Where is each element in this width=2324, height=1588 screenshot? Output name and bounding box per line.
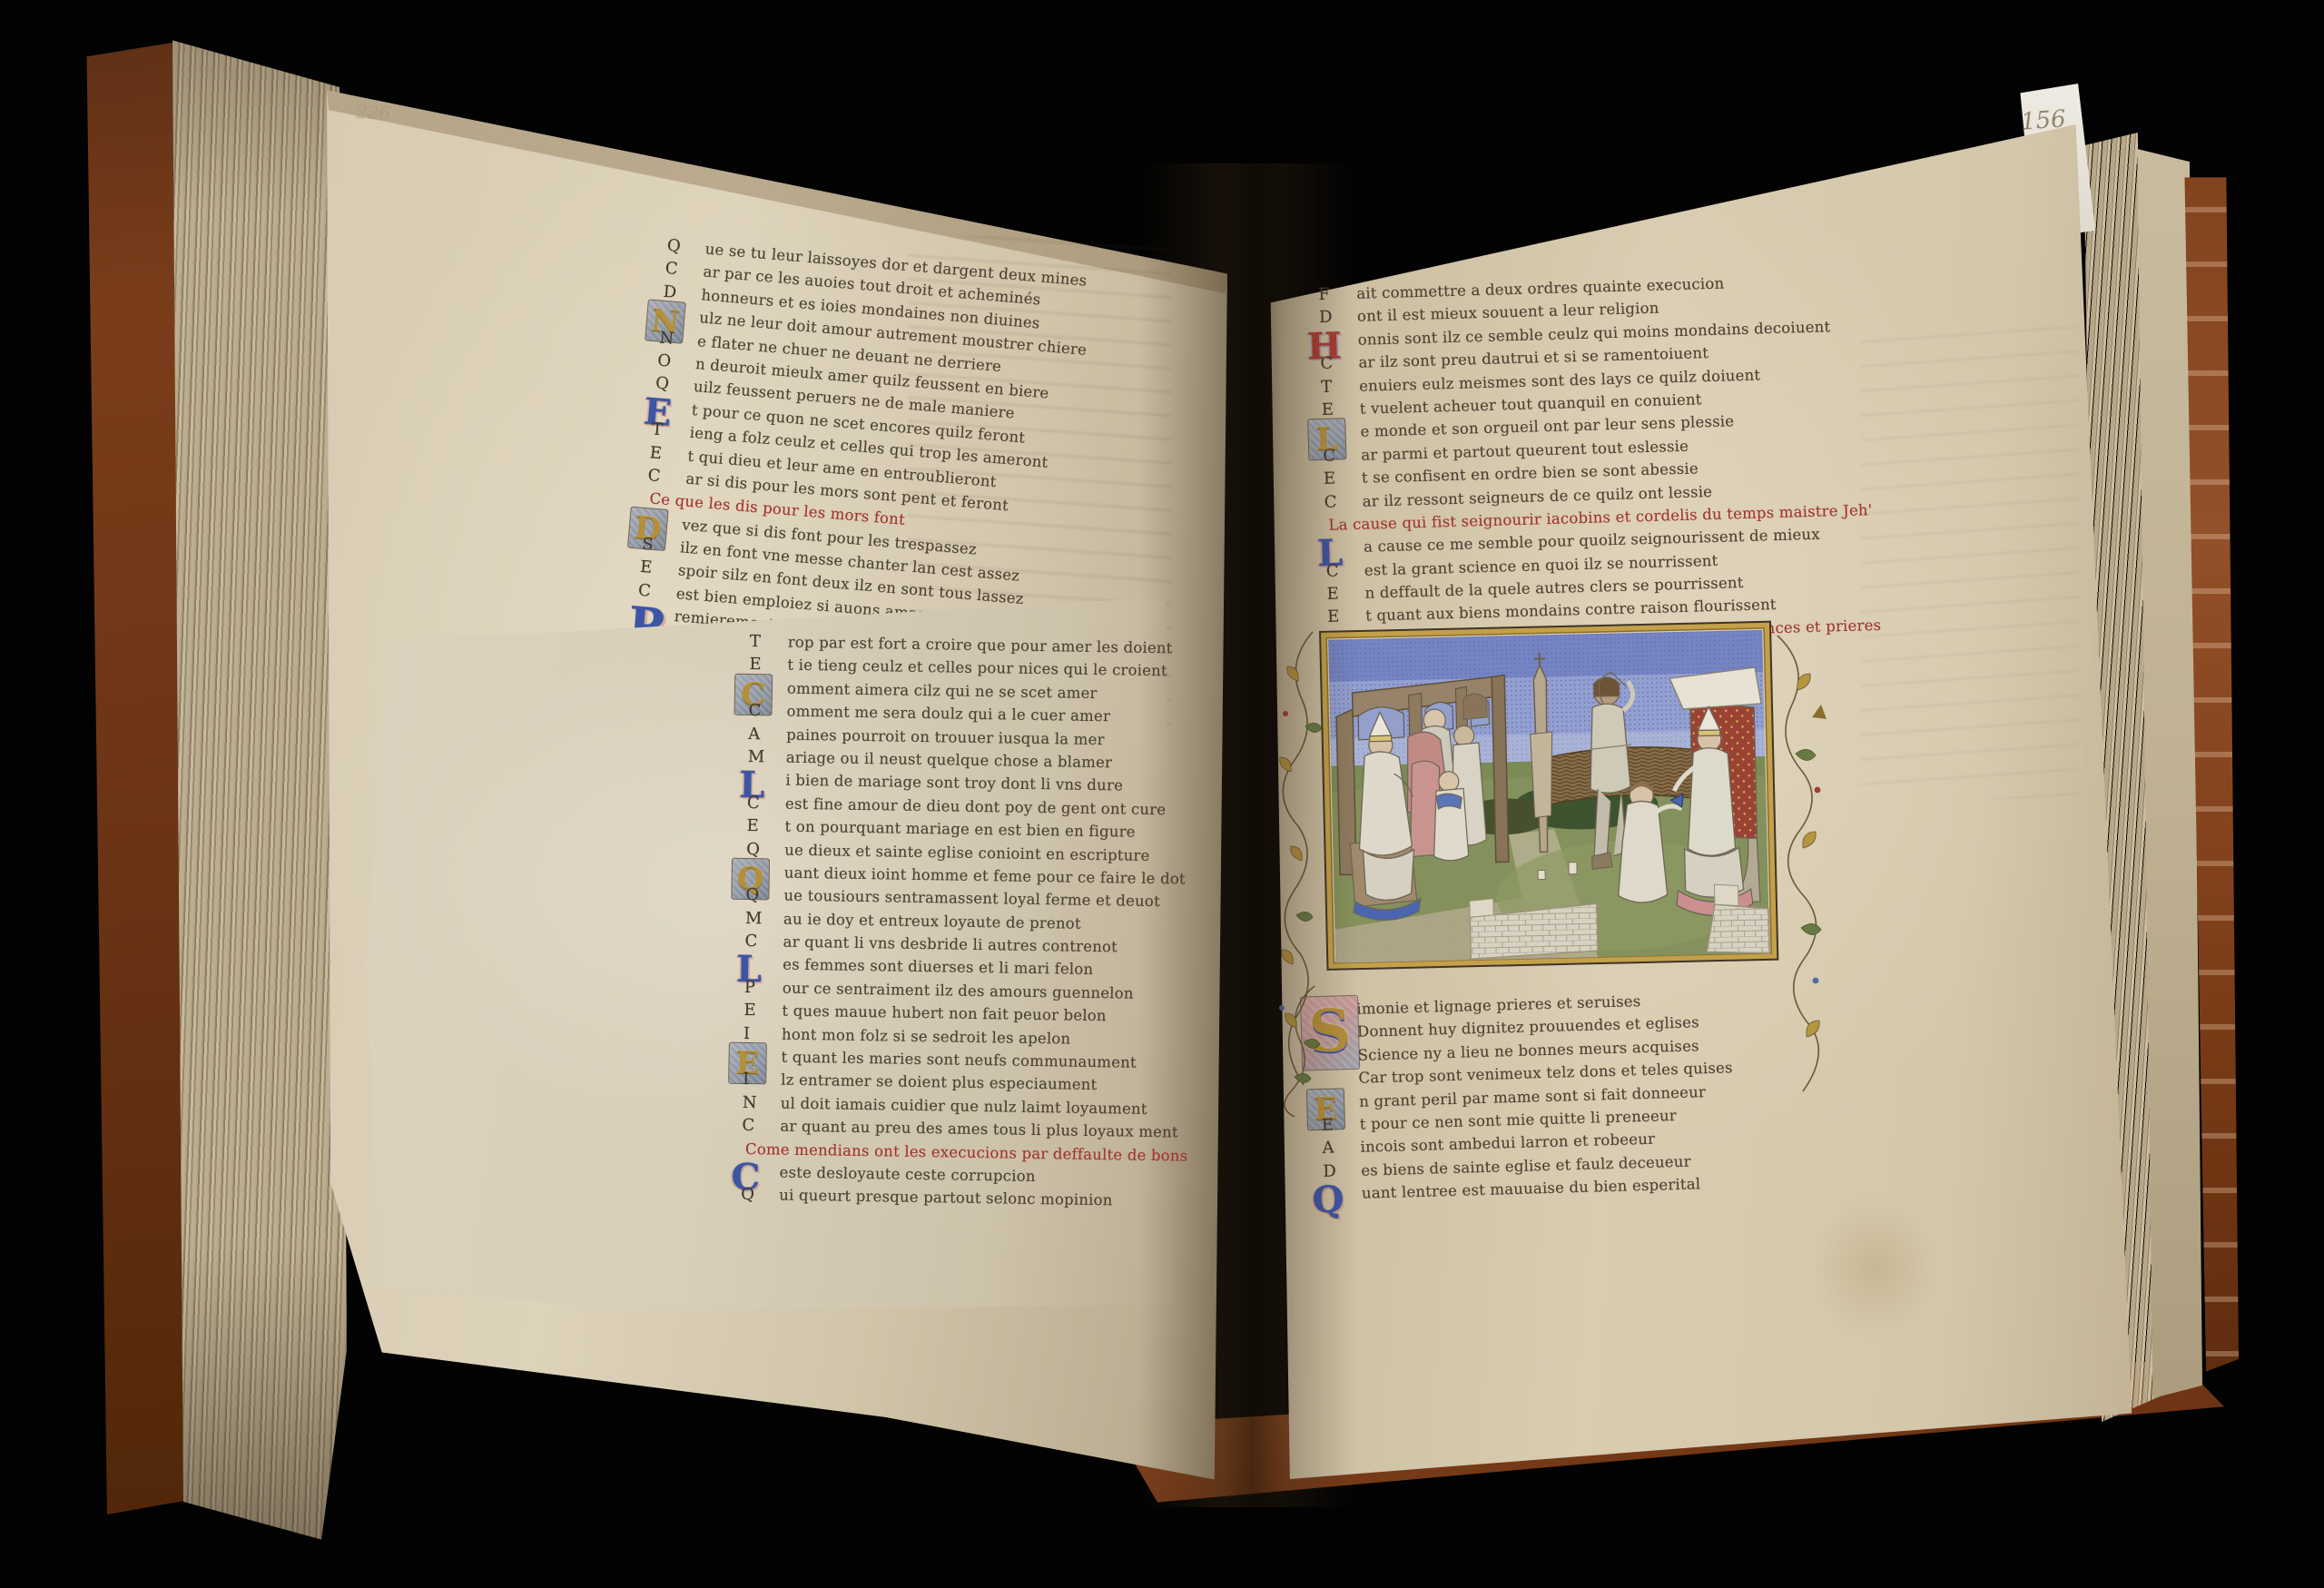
verse-text: omment aimera cilz qui ne se scet amer: [787, 679, 1098, 701]
versal-capital: T: [651, 418, 680, 442]
verse-text: ue dieux et sainte eglise conioint en es…: [784, 841, 1150, 863]
versal-capital: E: [746, 814, 773, 837]
verse-text: ue tousiours sentramassent loyal ferme e…: [783, 887, 1160, 911]
versal-capital: E: [1326, 582, 1354, 606]
folio-number: 156: [2020, 105, 2067, 135]
versal-capital: C: [1323, 444, 1351, 468]
versal-capital: P: [744, 976, 772, 999]
manuscript-photograph: 226 156 Que se tu leur laissoyes dor et …: [0, 0, 2324, 1588]
versal-capital: F: [1318, 282, 1346, 306]
faint-folio-number: 226: [355, 101, 390, 124]
versal-capital: C: [647, 464, 676, 488]
versal-capital: T: [1321, 375, 1349, 399]
versal-capital: E: [749, 653, 776, 676]
verse-text: este desloyaute ceste corrupcion: [779, 1164, 1035, 1185]
left-page-text-column: Que se tu leur laissoyes dor et dargent …: [635, 234, 1093, 660]
right-page-text-upper: Fait commettre a deux ordres quainte exe…: [1318, 268, 1882, 652]
versal-capital: Q: [666, 234, 695, 259]
versal-capital: E: [1327, 605, 1355, 628]
decorated-initial: Q: [1309, 1179, 1348, 1222]
verse-text: ar quant li vns desbride li autres contr…: [783, 933, 1118, 956]
versal-capital: E: [743, 999, 771, 1021]
verse-text: i bien de mariage sont troy dont li vns …: [785, 772, 1123, 794]
verse-text: t ques mauue hubert non fait peuor belon: [782, 1002, 1107, 1025]
versal-capital: M: [745, 907, 773, 930]
versal-capital: C: [1320, 351, 1348, 375]
verse-text: t quant les maries sont neufs communaume…: [781, 1049, 1137, 1071]
verse-text: est fine amour de dieu dont poy de gent …: [785, 794, 1167, 818]
miniature-illustration: [1318, 620, 1779, 972]
versal-capital: C: [665, 257, 694, 281]
versal-capital: E: [1322, 1113, 1350, 1137]
verse-text: t ie tieng ceulz et celles pour nices qu…: [787, 656, 1167, 680]
right-page-text-lower: Simonie et lignage prieres et seruisesDo…: [1318, 987, 1737, 1206]
verse-text: hont mon folz si se sedroit les apelon: [782, 1025, 1071, 1047]
versal-capital: E: [1324, 467, 1352, 490]
versal-capital: Q: [741, 1183, 768, 1206]
verse-text: au ie doy et entreux loyaute de prenot: [783, 910, 1081, 932]
ivy-spray-initial: [1264, 982, 1322, 1119]
left-page-stack-fore-edge: [165, 33, 347, 1547]
versal-capital: S: [641, 533, 670, 557]
versal-capital: E: [649, 441, 678, 466]
versal-capital: Q: [745, 883, 773, 906]
verse-text: ul doit iamais cuidier que nulz laimt lo…: [781, 1094, 1147, 1117]
ink-showthrough: [1861, 327, 2079, 799]
verse-text: ar quant au preu des ames tous li plus l…: [780, 1118, 1178, 1141]
versal-capital: C: [747, 792, 774, 814]
miniature-svg: [1318, 620, 1779, 972]
verse-text: paines pourroit on trouuer iusqua la mer: [786, 725, 1105, 748]
verse-text: our ce sentraiment ilz des amours guenne…: [783, 979, 1134, 1001]
versal-capital: O: [656, 350, 685, 374]
verse-text: uant dieux ioint homme et feme pour ce f…: [784, 864, 1186, 888]
versal-capital: C: [748, 699, 775, 722]
versal-capital: I: [743, 1068, 770, 1090]
inserted-leaf-text-column: Trop par est fort a croire que pour amer…: [741, 630, 1196, 1213]
versal-capital: T: [750, 630, 777, 653]
versal-capital: C: [1326, 559, 1354, 583]
verse-text: t on pourquant mariage en est bien en fi…: [784, 818, 1135, 841]
versal-capital: E: [639, 556, 668, 580]
versal-capital: A: [1322, 1136, 1350, 1159]
verse-text: lz entramer se doient plus especiaument: [781, 1071, 1097, 1093]
versal-capital: C: [742, 1114, 769, 1137]
verse-text: ui queurt presque partout selonc mopinio…: [779, 1187, 1113, 1209]
versal-capital: A: [748, 723, 775, 745]
verse-text: omment me sera doulz qui a le cuer amer: [786, 703, 1110, 725]
verse-text: es femmes sont diuerses et li mari felon: [783, 956, 1093, 978]
versal-capital: N: [658, 326, 687, 350]
verse-text: ariage ou il neust quelque chose a blame…: [786, 749, 1113, 772]
versal-capital: N: [743, 1091, 770, 1114]
verse-text: rop par est fort a croire que pour amer …: [788, 634, 1173, 657]
ivy-spray-right-margin: [1770, 626, 1843, 1099]
versal-capital: C: [1324, 490, 1352, 514]
